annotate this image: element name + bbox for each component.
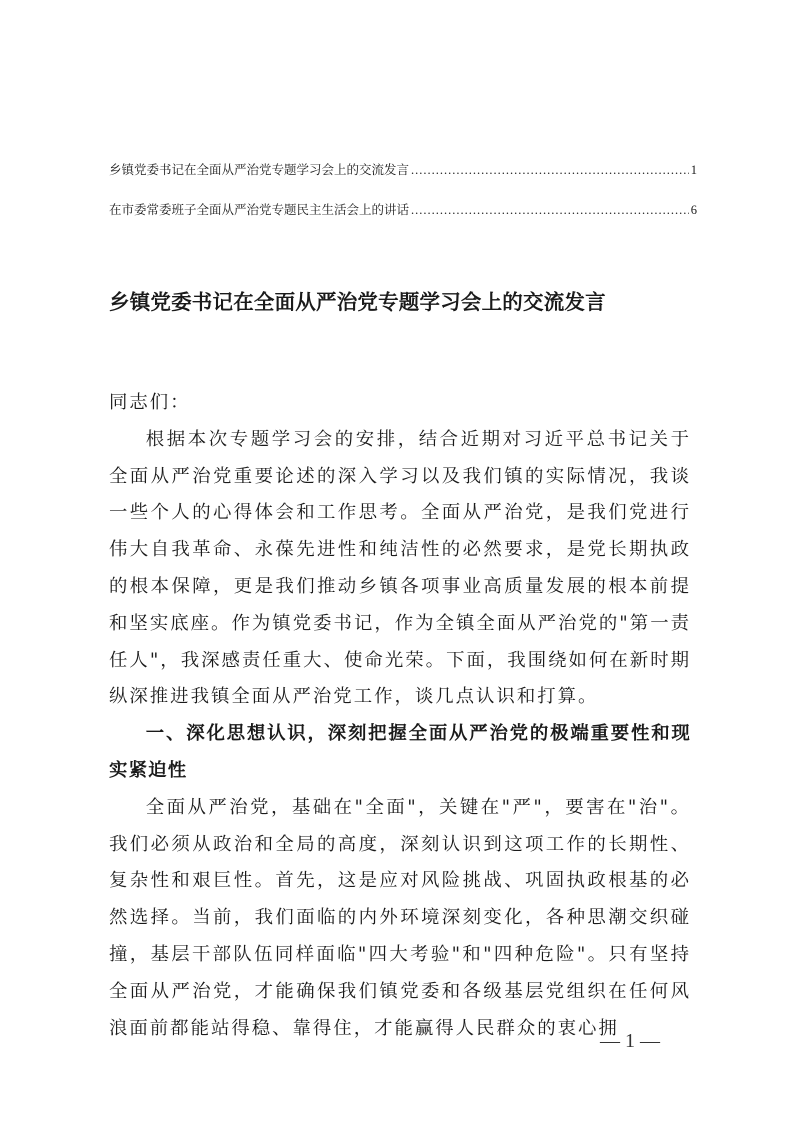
section-heading: 一、深化思想认识，深刻把握全面从严治党的极端重要性和现实紧迫性 (109, 716, 691, 790)
toc-entry-title: 乡镇党委书记在全面从严治党专题学习会上的交流发言 (109, 160, 409, 178)
body-paragraph: 全面从严治党，基础在"全面"，关键在"严"，要害在"治"。我们必须从政治和全局的… (109, 790, 691, 1048)
toc-entry[interactable]: 在市委常委班子全面从严治党专题民主生活会上的讲话 6 (109, 200, 697, 220)
salutation: 同志们： (109, 385, 691, 422)
toc-entry-page: 6 (691, 203, 697, 218)
table-of-contents: 乡镇党委书记在全面从严治党专题学习会上的交流发言 1 在市委常委班子全面从严治党… (109, 160, 697, 220)
page-number: — 1 — (600, 1030, 660, 1053)
body-paragraph: 根据本次专题学习会的安排，结合近期对习近平总书记关于全面从严治党重要论述的深入学… (109, 422, 691, 716)
document-title: 乡镇党委书记在全面从严治党专题学习会上的交流发言 (109, 285, 699, 315)
toc-leader-dots (411, 163, 689, 178)
document-body: 同志们： 根据本次专题学习会的安排，结合近期对习近平总书记关于全面从严治党重要论… (109, 385, 691, 1047)
toc-entry-page: 1 (691, 163, 697, 178)
toc-entry-title: 在市委常委班子全面从严治党专题民主生活会上的讲话 (109, 200, 409, 218)
toc-leader-dots (411, 203, 689, 218)
toc-entry[interactable]: 乡镇党委书记在全面从严治党专题学习会上的交流发言 1 (109, 160, 697, 180)
